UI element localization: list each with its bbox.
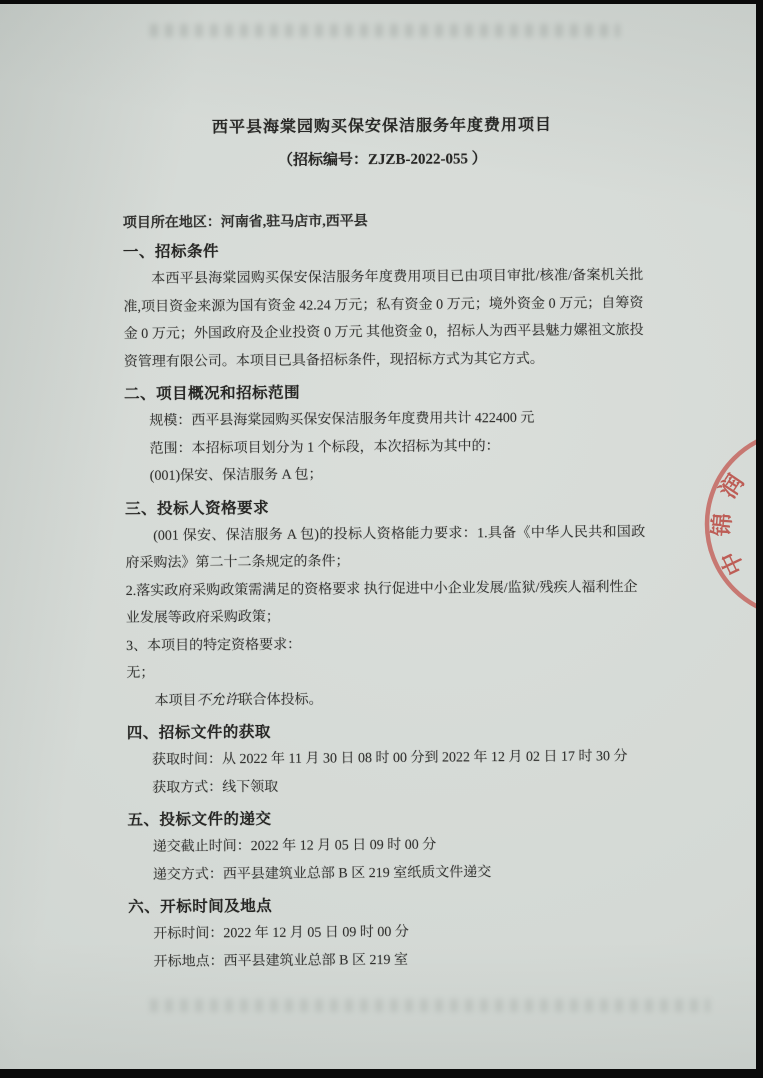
section-heading: 一、招标条件 bbox=[123, 236, 643, 266]
scale-line: 规模：西平县海棠园购买保安保洁服务年度费用共计 422400 元 bbox=[124, 404, 644, 436]
section-heading: 四、招标文件的获取 bbox=[127, 717, 647, 747]
submission-method-line: 递交方式：西平县建筑业总部 B 区 219 室纸质文件递交 bbox=[128, 857, 648, 889]
page-bleed-through-bottom bbox=[150, 999, 710, 1012]
section-heading: 六、开标时间及地点 bbox=[128, 891, 648, 921]
joint-bid-line: 本项目不允许联合体投标。 bbox=[126, 683, 646, 715]
tender-number: （招标编号：ZJZB-2022-055 ） bbox=[122, 148, 642, 173]
scanned-document-photo: 西平县海棠园购买保安保洁服务年度费用项目 （招标编号：ZJZB-2022-055… bbox=[0, 0, 763, 1078]
document-title: 西平县海棠园购买保安保洁服务年度费用项目 bbox=[122, 114, 642, 140]
opening-time-line: 开标时间：2022 年 12 月 05 日 09 时 00 分 bbox=[128, 917, 648, 949]
section-project-overview: 二、项目概况和招标范围 规模：西平县海棠园购买保安保洁服务年度费用共计 4224… bbox=[124, 378, 645, 491]
qualification-para-3: 3、本项目的特定资格要求： bbox=[126, 628, 646, 660]
lot-line: (001)保安、保洁服务 A 包； bbox=[125, 459, 645, 491]
qualification-para-none: 无； bbox=[126, 656, 646, 688]
document-content: 西平县海棠园购买保安保洁服务年度费用项目 （招标编号：ZJZB-2022-055… bbox=[121, 4, 649, 976]
acquisition-method-line: 获取方式：线下领取 bbox=[127, 770, 647, 802]
section-heading: 三、投标人资格要求 bbox=[125, 492, 645, 522]
qualification-para-1: (001 保安、保洁服务 A 包)的投标人资格能力要求：1.具备《中华人民共和国… bbox=[125, 518, 645, 577]
stamp-text: 中锦润 bbox=[708, 459, 756, 579]
section-document-acquisition: 四、招标文件的获取 获取时间：从 2022 年 11 月 30 日 08 时 0… bbox=[127, 717, 648, 802]
acquisition-time-line: 获取时间：从 2022 年 11 月 30 日 08 时 00 分到 2022 … bbox=[127, 743, 647, 775]
opening-location-line: 开标地点：西平县建筑业总部 B 区 219 室 bbox=[128, 944, 648, 976]
joint-bid-prefix: 本项目 bbox=[154, 693, 196, 708]
section-heading: 五、投标文件的递交 bbox=[127, 804, 647, 834]
section-heading: 二、项目概况和招标范围 bbox=[124, 378, 644, 408]
submission-deadline-line: 递交截止时间：2022 年 12 月 05 日 09 时 00 分 bbox=[128, 830, 648, 862]
joint-bid-suffix: 联合体投标。 bbox=[238, 692, 322, 708]
project-location-line: 项目所在地区：河南省,驻马店市,西平县 bbox=[123, 210, 643, 234]
qualification-para-2: 2.落实政府采购政策需满足的资格要求 执行促进中小企业发展/监狱/残疾人福利性企… bbox=[126, 573, 646, 632]
document-page: 西平县海棠园购买保安保洁服务年度费用项目 （招标编号：ZJZB-2022-055… bbox=[0, 4, 756, 1069]
section-bidder-qualifications: 三、投标人资格要求 (001 保安、保洁服务 A 包)的投标人资格能力要求：1.… bbox=[125, 492, 647, 715]
section-bid-opening: 六、开标时间及地点 开标时间：2022 年 12 月 05 日 09 时 00 … bbox=[128, 891, 649, 976]
section-body: 本西平县海棠园购买保安保洁服务年度费用项目已由项目审批/核准/备案机关批准,项目… bbox=[123, 262, 644, 376]
section-bid-submission: 五、投标文件的递交 递交截止时间：2022 年 12 月 05 日 09 时 0… bbox=[127, 804, 648, 889]
scope-line: 范围：本招标项目划分为 1 个标段，本次招标为其中的： bbox=[124, 431, 644, 463]
stamp-ring bbox=[707, 431, 756, 617]
section-tender-conditions: 一、招标条件 本西平县海棠园购买保安保洁服务年度费用项目已由项目审批/核准/备案… bbox=[123, 236, 644, 376]
joint-bid-not-allowed: 不允许 bbox=[196, 693, 238, 708]
